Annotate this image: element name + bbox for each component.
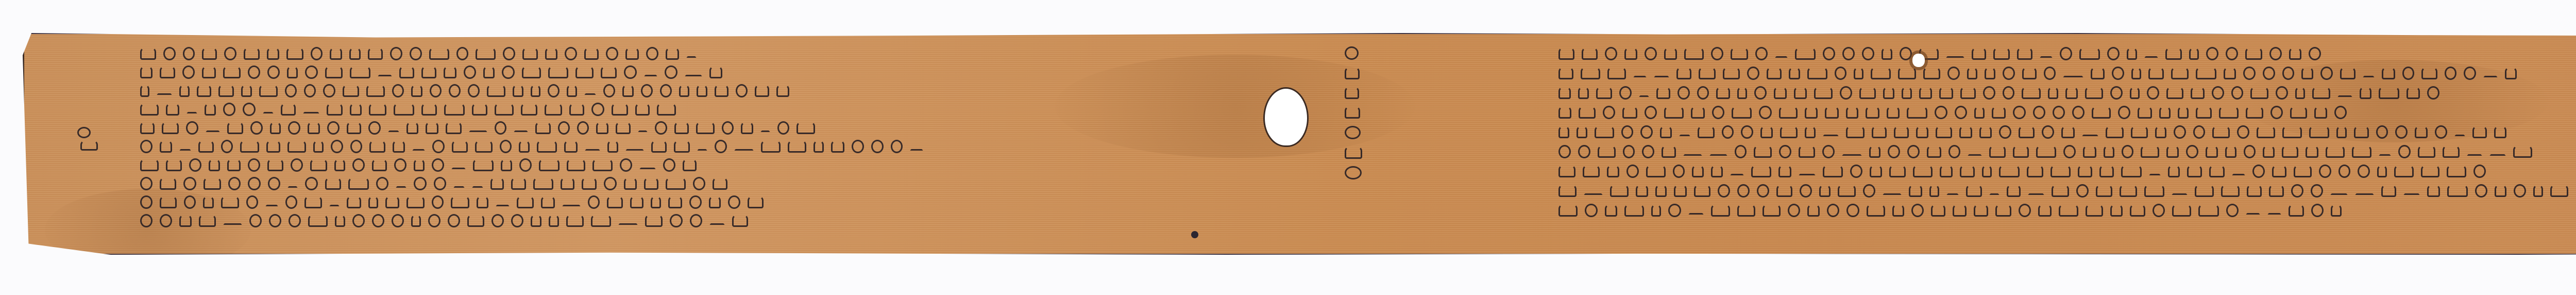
script-glyph bbox=[1989, 145, 2006, 158]
script-glyph bbox=[349, 47, 361, 60]
script-glyph bbox=[1656, 87, 1671, 99]
script-glyph bbox=[1595, 126, 1614, 138]
script-glyph bbox=[1674, 185, 1687, 197]
script-glyph bbox=[567, 159, 585, 171]
script-glyph bbox=[291, 158, 303, 172]
script-glyph bbox=[410, 47, 422, 60]
script-glyph bbox=[304, 84, 316, 97]
script-glyph bbox=[221, 140, 233, 153]
script-glyph bbox=[1711, 47, 1723, 60]
script-glyph bbox=[697, 142, 707, 151]
script-glyph bbox=[1974, 204, 1988, 217]
script-glyph bbox=[473, 159, 494, 171]
script-glyph bbox=[2225, 145, 2236, 158]
script-glyph bbox=[535, 122, 551, 134]
script-glyph bbox=[2019, 126, 2035, 138]
script-glyph bbox=[663, 158, 675, 172]
script-glyph bbox=[503, 47, 515, 60]
script-glyph bbox=[368, 196, 378, 208]
script-glyph bbox=[2381, 185, 2396, 197]
script-glyph bbox=[1621, 125, 1634, 139]
script-glyph bbox=[1646, 165, 1666, 177]
script-glyph bbox=[697, 85, 707, 97]
script-glyph bbox=[140, 140, 152, 153]
script-glyph bbox=[1985, 67, 1995, 79]
script-glyph bbox=[2155, 126, 2166, 138]
script-glyph bbox=[1760, 126, 1773, 138]
script-glyph bbox=[2257, 126, 2275, 138]
margin-glyph bbox=[1345, 166, 1362, 179]
script-glyph bbox=[182, 65, 195, 79]
script-glyph bbox=[1633, 69, 1647, 77]
script-glyph bbox=[2276, 86, 2288, 100]
script-glyph bbox=[2495, 185, 2506, 197]
script-glyph bbox=[2013, 106, 2025, 119]
script-glyph bbox=[1974, 106, 1985, 119]
script-glyph bbox=[1737, 184, 1750, 198]
script-glyph bbox=[1979, 126, 1992, 138]
script-glyph bbox=[2122, 145, 2134, 158]
script-glyph bbox=[331, 140, 343, 153]
script-glyph bbox=[522, 66, 541, 78]
script-glyph bbox=[1558, 126, 1569, 138]
script-glyph bbox=[1624, 204, 1644, 217]
script-glyph bbox=[2226, 204, 2239, 217]
script-glyph bbox=[696, 122, 715, 134]
script-glyph bbox=[1640, 125, 1653, 139]
margin-glyph bbox=[1345, 146, 1362, 159]
script-glyph bbox=[668, 196, 682, 208]
script-glyph bbox=[1741, 125, 1753, 139]
script-glyph bbox=[1923, 67, 1940, 79]
script-glyph bbox=[267, 65, 280, 79]
script-glyph bbox=[490, 177, 504, 190]
script-glyph bbox=[666, 177, 686, 190]
script-glyph bbox=[366, 85, 385, 97]
script-glyph bbox=[203, 196, 214, 208]
script-glyph bbox=[2494, 126, 2506, 138]
script-glyph bbox=[310, 159, 327, 171]
script-glyph bbox=[304, 196, 322, 208]
script-glyph bbox=[1645, 47, 1657, 60]
script-glyph bbox=[414, 159, 425, 171]
script-glyph bbox=[2174, 125, 2186, 139]
script-glyph bbox=[2196, 106, 2212, 119]
script-glyph bbox=[630, 196, 643, 208]
script-glyph bbox=[160, 214, 172, 227]
script-glyph bbox=[1872, 126, 1887, 138]
script-glyph bbox=[2166, 87, 2183, 99]
manuscript-line bbox=[140, 66, 722, 78]
script-glyph bbox=[1730, 167, 1743, 175]
script-glyph bbox=[179, 85, 190, 97]
script-glyph bbox=[2483, 69, 2498, 77]
script-glyph bbox=[246, 195, 259, 209]
script-glyph bbox=[1854, 67, 1863, 79]
script-glyph bbox=[352, 214, 365, 227]
script-glyph bbox=[202, 66, 216, 78]
script-glyph bbox=[228, 177, 241, 190]
script-glyph bbox=[1622, 106, 1637, 119]
manuscript-line bbox=[140, 85, 789, 97]
script-glyph bbox=[592, 159, 613, 171]
script-glyph bbox=[1846, 204, 1859, 217]
script-glyph bbox=[548, 84, 560, 97]
script-glyph bbox=[1939, 87, 1953, 99]
script-glyph bbox=[1992, 106, 2006, 119]
script-glyph bbox=[1972, 47, 1986, 60]
script-glyph bbox=[646, 47, 658, 60]
script-glyph bbox=[2022, 87, 2040, 99]
script-glyph bbox=[2263, 145, 2274, 158]
script-glyph bbox=[1664, 47, 1677, 60]
script-glyph bbox=[347, 122, 362, 134]
margin-column-left bbox=[1345, 46, 1362, 179]
script-glyph bbox=[2127, 47, 2137, 60]
script-glyph bbox=[1605, 47, 1617, 60]
script-glyph bbox=[584, 87, 596, 95]
script-glyph bbox=[1999, 165, 2019, 177]
script-glyph bbox=[305, 177, 317, 190]
script-glyph bbox=[612, 103, 628, 116]
script-glyph bbox=[2377, 165, 2387, 177]
script-glyph bbox=[1558, 47, 1574, 60]
script-glyph bbox=[163, 47, 176, 60]
script-glyph bbox=[2033, 106, 2045, 119]
script-glyph bbox=[517, 196, 534, 208]
script-glyph bbox=[2394, 165, 2414, 177]
script-glyph bbox=[1636, 185, 1648, 197]
script-glyph bbox=[202, 47, 217, 60]
script-glyph bbox=[1607, 67, 1626, 79]
script-glyph bbox=[308, 215, 328, 227]
script-glyph bbox=[2036, 145, 2056, 158]
script-glyph bbox=[2106, 126, 2124, 138]
script-glyph bbox=[179, 142, 192, 151]
script-glyph bbox=[519, 158, 532, 172]
script-glyph bbox=[2099, 165, 2114, 177]
script-glyph bbox=[1645, 106, 1657, 119]
script-glyph bbox=[531, 85, 540, 97]
script-glyph bbox=[1558, 204, 1578, 217]
script-glyph bbox=[1888, 145, 1900, 158]
script-glyph bbox=[1960, 165, 1975, 177]
script-glyph bbox=[2053, 106, 2065, 119]
string-hole bbox=[1265, 89, 1307, 145]
script-glyph bbox=[2118, 106, 2130, 119]
script-glyph bbox=[693, 177, 705, 190]
script-glyph bbox=[140, 159, 159, 171]
script-glyph bbox=[267, 159, 283, 171]
script-glyph bbox=[1953, 204, 1967, 217]
script-glyph bbox=[511, 214, 523, 227]
script-glyph bbox=[2447, 165, 2466, 177]
script-glyph bbox=[522, 47, 538, 60]
script-glyph bbox=[160, 196, 177, 208]
script-glyph bbox=[475, 140, 492, 153]
script-glyph bbox=[1598, 145, 1616, 158]
script-glyph bbox=[390, 47, 402, 60]
script-glyph bbox=[1558, 185, 1577, 197]
script-glyph bbox=[2144, 185, 2164, 197]
script-glyph bbox=[722, 121, 734, 135]
script-glyph bbox=[2050, 165, 2071, 177]
script-glyph bbox=[1774, 87, 1787, 99]
script-glyph bbox=[2246, 106, 2263, 119]
script-glyph bbox=[1869, 145, 1880, 158]
script-glyph bbox=[2232, 167, 2245, 175]
script-glyph bbox=[2013, 145, 2029, 158]
script-glyph bbox=[2224, 67, 2236, 79]
script-glyph bbox=[734, 142, 754, 151]
script-glyph bbox=[421, 103, 437, 116]
script-glyph bbox=[426, 122, 438, 134]
script-glyph bbox=[1846, 106, 1858, 119]
script-glyph bbox=[1605, 204, 1617, 217]
script-glyph bbox=[1754, 86, 1767, 100]
script-glyph bbox=[1946, 50, 1964, 58]
script-glyph bbox=[1940, 165, 1953, 177]
script-glyph bbox=[325, 177, 341, 190]
script-glyph bbox=[1779, 145, 1791, 158]
script-glyph bbox=[1626, 165, 1639, 178]
script-glyph bbox=[392, 84, 404, 97]
script-glyph bbox=[270, 122, 281, 134]
script-glyph bbox=[467, 215, 484, 227]
script-glyph bbox=[2159, 106, 2171, 119]
script-glyph bbox=[446, 122, 462, 134]
script-glyph bbox=[761, 140, 781, 153]
script-glyph bbox=[432, 140, 445, 153]
script-glyph bbox=[160, 177, 176, 190]
script-glyph bbox=[1737, 204, 1755, 217]
script-glyph bbox=[411, 85, 422, 97]
script-glyph bbox=[562, 198, 580, 206]
script-glyph bbox=[1900, 47, 1912, 60]
script-glyph bbox=[1968, 147, 1982, 156]
script-glyph bbox=[1911, 204, 1924, 217]
script-glyph bbox=[2464, 67, 2476, 80]
script-glyph bbox=[2418, 145, 2435, 158]
script-glyph bbox=[2247, 185, 2262, 197]
manuscript-line bbox=[1558, 204, 2342, 217]
script-glyph bbox=[606, 47, 618, 60]
script-glyph bbox=[1711, 165, 1723, 177]
manuscript-line bbox=[140, 177, 727, 190]
script-glyph bbox=[2295, 87, 2306, 99]
script-glyph bbox=[2003, 67, 2015, 80]
script-glyph bbox=[311, 47, 323, 60]
script-glyph bbox=[453, 179, 465, 188]
script-glyph bbox=[1902, 87, 1912, 99]
manuscript-line bbox=[1558, 126, 2506, 138]
script-glyph bbox=[1735, 145, 1747, 158]
script-glyph bbox=[199, 215, 215, 227]
script-glyph bbox=[1583, 165, 1600, 177]
script-glyph bbox=[2454, 128, 2465, 136]
script-glyph bbox=[1654, 69, 1669, 77]
script-glyph bbox=[2038, 204, 2052, 217]
script-glyph bbox=[288, 121, 300, 135]
script-glyph bbox=[223, 217, 242, 225]
script-glyph bbox=[2291, 184, 2303, 198]
script-glyph bbox=[1642, 145, 1654, 158]
script-glyph bbox=[1788, 204, 1800, 217]
script-glyph bbox=[372, 214, 384, 227]
script-glyph bbox=[1676, 67, 1691, 79]
script-glyph bbox=[369, 140, 385, 153]
manuscript-line bbox=[1558, 106, 2347, 119]
script-glyph bbox=[585, 142, 600, 151]
script-glyph bbox=[2082, 128, 2098, 136]
script-glyph bbox=[2290, 106, 2307, 119]
script-glyph bbox=[2206, 47, 2218, 60]
script-glyph bbox=[2282, 67, 2295, 80]
script-glyph bbox=[396, 179, 406, 188]
script-glyph bbox=[2112, 67, 2124, 80]
script-glyph bbox=[1819, 185, 1831, 197]
script-glyph bbox=[2382, 67, 2395, 79]
script-glyph bbox=[223, 103, 236, 116]
script-glyph bbox=[444, 66, 456, 78]
script-glyph bbox=[1558, 145, 1571, 158]
script-glyph bbox=[1883, 87, 1894, 99]
script-glyph bbox=[1795, 47, 1816, 60]
script-glyph bbox=[501, 159, 512, 171]
script-glyph bbox=[2354, 126, 2368, 138]
script-glyph bbox=[244, 47, 260, 60]
script-glyph bbox=[205, 103, 215, 116]
script-glyph bbox=[549, 215, 559, 227]
script-glyph bbox=[2311, 204, 2324, 217]
script-glyph bbox=[591, 215, 612, 227]
script-glyph bbox=[448, 214, 460, 227]
script-glyph bbox=[166, 103, 179, 116]
script-glyph bbox=[2079, 47, 2100, 60]
script-glyph bbox=[2022, 67, 2037, 79]
script-glyph bbox=[1579, 106, 1595, 119]
script-glyph bbox=[472, 179, 483, 188]
script-glyph bbox=[760, 124, 770, 132]
script-glyph bbox=[2355, 187, 2374, 195]
script-glyph bbox=[2379, 87, 2399, 99]
script-glyph bbox=[1664, 106, 1683, 119]
script-glyph bbox=[2131, 67, 2141, 79]
script-glyph bbox=[1577, 126, 1587, 138]
script-glyph bbox=[715, 140, 727, 153]
script-glyph bbox=[2272, 165, 2286, 177]
script-glyph bbox=[372, 159, 387, 171]
script-glyph bbox=[1959, 126, 1972, 138]
script-glyph bbox=[2398, 145, 2411, 158]
script-glyph bbox=[263, 105, 274, 113]
script-glyph bbox=[2107, 47, 2120, 60]
script-glyph bbox=[2096, 185, 2112, 197]
script-glyph bbox=[1907, 106, 1928, 119]
script-glyph bbox=[2550, 185, 2568, 197]
script-glyph bbox=[1778, 165, 1791, 177]
script-glyph bbox=[160, 140, 172, 153]
script-glyph bbox=[690, 214, 702, 227]
margin-glyph bbox=[1345, 87, 1359, 99]
script-glyph bbox=[1916, 126, 1928, 138]
script-glyph bbox=[2467, 147, 2482, 156]
script-glyph bbox=[1947, 67, 1960, 80]
script-glyph bbox=[184, 195, 196, 209]
script-glyph bbox=[352, 158, 365, 172]
script-glyph bbox=[713, 177, 727, 190]
script-glyph bbox=[472, 103, 488, 116]
script-glyph bbox=[1578, 87, 1588, 99]
script-glyph bbox=[464, 65, 476, 79]
margin-glyph bbox=[1345, 46, 1359, 60]
script-glyph bbox=[2028, 187, 2044, 195]
script-glyph bbox=[221, 196, 239, 208]
script-glyph bbox=[2165, 47, 2182, 60]
script-glyph bbox=[289, 214, 301, 227]
script-glyph bbox=[2472, 126, 2487, 138]
script-glyph bbox=[2320, 67, 2333, 80]
script-glyph bbox=[1732, 106, 1752, 119]
script-glyph bbox=[348, 177, 369, 190]
script-glyph bbox=[748, 196, 764, 208]
script-glyph bbox=[2120, 185, 2137, 197]
script-glyph bbox=[741, 122, 753, 134]
script-glyph bbox=[2312, 87, 2330, 99]
script-glyph bbox=[406, 122, 418, 134]
script-glyph bbox=[2130, 204, 2145, 217]
script-glyph bbox=[305, 65, 317, 79]
script-glyph bbox=[2178, 106, 2189, 119]
script-glyph bbox=[1731, 47, 1748, 60]
script-glyph bbox=[1688, 206, 1704, 215]
script-glyph bbox=[2168, 165, 2180, 177]
script-glyph bbox=[2270, 106, 2283, 119]
manuscript-line bbox=[140, 122, 815, 134]
script-glyph bbox=[2309, 126, 2329, 138]
script-glyph bbox=[651, 140, 667, 153]
script-glyph bbox=[541, 196, 555, 208]
script-glyph bbox=[325, 66, 343, 78]
script-glyph bbox=[1558, 106, 1571, 119]
script-glyph bbox=[2435, 125, 2447, 139]
manuscript-line bbox=[140, 215, 748, 227]
script-glyph bbox=[323, 84, 335, 97]
script-glyph bbox=[2209, 165, 2225, 177]
script-glyph bbox=[1823, 128, 1839, 136]
script-glyph bbox=[2206, 145, 2218, 158]
script-glyph bbox=[204, 177, 221, 190]
script-glyph bbox=[248, 158, 260, 172]
script-glyph bbox=[638, 124, 648, 132]
script-glyph bbox=[686, 50, 697, 58]
script-glyph bbox=[1859, 87, 1876, 99]
margin-glyph bbox=[1345, 106, 1360, 119]
script-glyph bbox=[434, 177, 446, 190]
script-glyph bbox=[1800, 184, 1812, 198]
script-glyph bbox=[285, 84, 297, 97]
script-glyph bbox=[250, 121, 262, 135]
script-glyph bbox=[1883, 187, 1902, 195]
script-glyph bbox=[2340, 67, 2355, 79]
script-glyph bbox=[343, 85, 359, 97]
script-glyph bbox=[1747, 67, 1759, 80]
script-glyph bbox=[545, 103, 562, 116]
manuscript-line bbox=[140, 140, 923, 153]
script-glyph bbox=[2252, 165, 2265, 178]
script-glyph bbox=[2533, 185, 2543, 197]
script-glyph bbox=[183, 177, 196, 190]
